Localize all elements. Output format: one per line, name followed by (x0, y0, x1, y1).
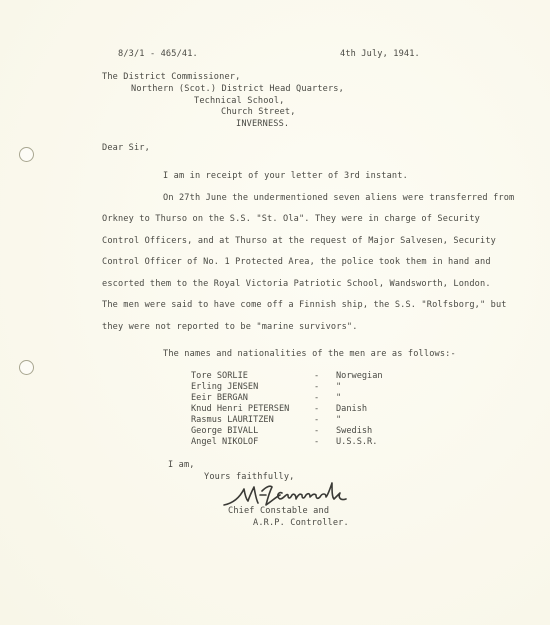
alien-row: Tore SORLIE-Norwegian (191, 371, 383, 382)
alien-nationality: " (336, 415, 341, 425)
body-line: On 27th June the undermentioned seven al… (163, 193, 514, 204)
dash: - (314, 382, 336, 393)
alien-nationality: " (336, 382, 341, 392)
alien-nationality: " (336, 393, 341, 403)
alien-name: Angel NIKOLOF (191, 437, 314, 448)
alien-name: Knud Henri PETERSEN (191, 404, 314, 415)
dash: - (314, 426, 336, 437)
alien-nationality: Danish (336, 404, 367, 414)
addressee-line: Church Street, (221, 107, 296, 118)
punch-hole (19, 147, 34, 162)
alien-name: George BIVALL (191, 426, 314, 437)
punch-hole (19, 360, 34, 375)
alien-nationality: U.S.S.R. (336, 437, 377, 447)
addressee-line: The District Commissioner, (102, 72, 240, 83)
alien-row: Erling JENSEN-" (191, 382, 341, 393)
body-line: The men were said to have come off a Fin… (102, 300, 507, 311)
dash: - (314, 415, 336, 426)
alien-row: Eeir BERGAN-" (191, 393, 341, 404)
closing-line: I am, (168, 460, 195, 471)
alien-name: Eeir BERGAN (191, 393, 314, 404)
dash: - (314, 404, 336, 415)
list-intro: The names and nationalities of the men a… (163, 349, 456, 360)
body-line: escorted them to the Royal Victoria Patr… (102, 279, 491, 290)
paragraph-receipt: I am in receipt of your letter of 3rd in… (163, 171, 408, 182)
salutation: Dear Sir, (102, 143, 150, 154)
body-line: they were not reported to be "marine sur… (102, 322, 358, 333)
body-line: Orkney to Thurso on the S.S. "St. Ola". … (102, 214, 480, 225)
signatory-title: A.R.P. Controller. (253, 518, 349, 529)
handwritten-signature (222, 481, 352, 509)
alien-row: Rasmus LAURITZEN-" (191, 415, 341, 426)
dash: - (314, 371, 336, 382)
alien-row: Angel NIKOLOF-U.S.S.R. (191, 437, 377, 448)
reference-number: 8/3/1 - 465/41. (118, 49, 198, 60)
alien-row: Knud Henri PETERSEN-Danish (191, 404, 367, 415)
alien-nationality: Norwegian (336, 371, 383, 381)
signatory-title: Chief Constable and (228, 506, 329, 517)
addressee-line: INVERNESS. (236, 119, 289, 130)
dash: - (314, 437, 336, 448)
body-line: Control Officers, and at Thurso at the r… (102, 236, 496, 247)
alien-row: George BIVALL-Swedish (191, 426, 372, 437)
dash: - (314, 393, 336, 404)
letter-page: 8/3/1 - 465/41. 4th July, 1941. The Dist… (0, 0, 550, 625)
alien-name: Erling JENSEN (191, 382, 314, 393)
body-line: Control Officer of No. 1 Protected Area,… (102, 257, 491, 268)
alien-nationality: Swedish (336, 426, 372, 436)
letter-date: 4th July, 1941. (340, 49, 420, 60)
addressee-line: Northern (Scot.) District Head Quarters, (131, 84, 344, 95)
addressee-line: Technical School, (194, 96, 285, 107)
alien-name: Tore SORLIE (191, 371, 314, 382)
alien-name: Rasmus LAURITZEN (191, 415, 314, 426)
